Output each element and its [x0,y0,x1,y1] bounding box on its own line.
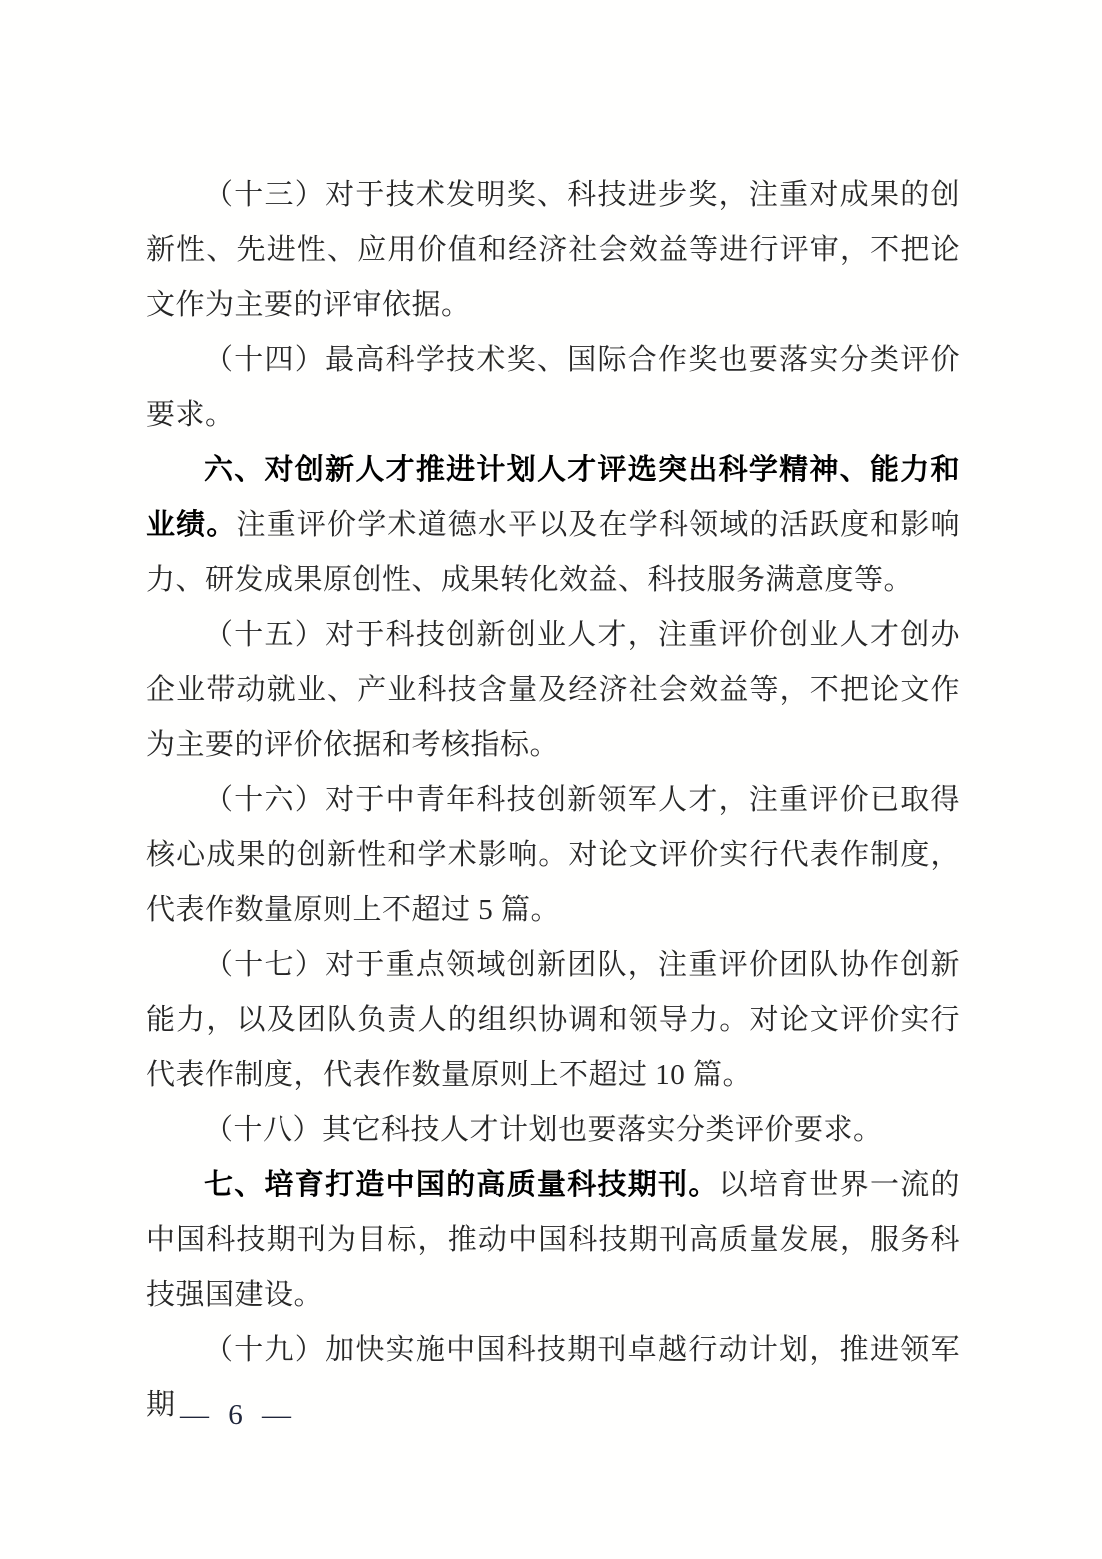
paragraph-section-7: 七、培育打造中国的高质量科技期刊。以培育世界一流的中国科技期刊为目标，推动中国科… [146,1158,960,1323]
section-7-heading: 七、培育打造中国的高质量科技期刊。 [204,1169,719,1201]
paragraph-item-15: （十五）对于科技创新创业人才，注重评价创业人才创办企业带动就业、产业科技含量及经… [146,608,960,773]
document-body: （十三）对于技术发明奖、科技进步奖，注重对成果的创新性、先进性、应用价值和经济社… [146,168,960,1433]
paragraph-item-18: （十八）其它科技人才计划也要落实分类评价要求。 [146,1103,960,1158]
section-6-body-text: 注重评价学术道德水平以及在学科领域的活跃度和影响力、研发成果原创性、成果转化效益… [146,509,960,596]
paragraph-item-14: （十四）最高科学技术奖、国际合作奖也要落实分类评价要求。 [146,333,960,443]
paragraph-item-16: （十六）对于中青年科技创新领军人才，注重评价已取得核心成果的创新性和学术影响。对… [146,773,960,938]
paragraph-item-17: （十七）对于重点领域创新团队，注重评价团队协作创新能力，以及团队负责人的组织协调… [146,938,960,1103]
page-number: — 6 — [180,1394,297,1436]
paragraph-section-6: 六、对创新人才推进计划人才评选突出科学精神、能力和业绩。注重评价学术道德水平以及… [146,443,960,608]
document-page: （十三）对于技术发明奖、科技进步奖，注重对成果的创新性、先进性、应用价值和经济社… [0,0,1102,1559]
paragraph-item-13: （十三）对于技术发明奖、科技进步奖，注重对成果的创新性、先进性、应用价值和经济社… [146,168,960,333]
